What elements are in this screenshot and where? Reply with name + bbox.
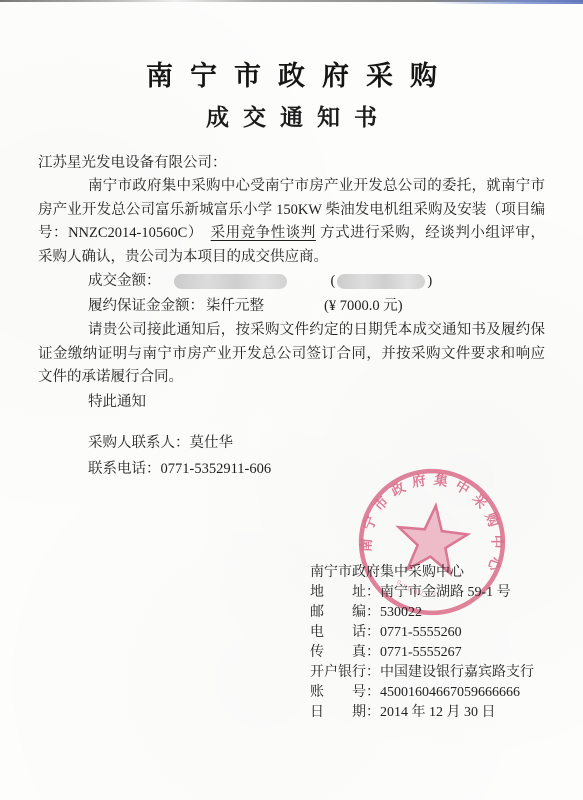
footer-row-date: 日 期：2014 年 12 月 30 日 [310,703,534,723]
deposit-row: 履约保证金金额： 柒仟元整 (¥ 7000.0 元) [38,294,545,319]
footer-row-fax: 传 真：0771-5555267 [310,643,534,663]
issuer-footer-block: 南宁市政府集中采购中心 地 址：南宁市金湖路 59-1 号 邮 编：530022… [310,563,534,723]
scanned-document-page: 南宁市政府采购 成交通知书 江苏星光发电设备有限公司： 南宁市政府集中采购中心受… [0,0,583,800]
footer-label: 地 址： [310,585,380,600]
document-subtitle: 成交通知书 [0,99,583,132]
procurement-method-underlined: 采用竞争性谈判 [211,225,316,241]
issuer-org-name: 南宁市政府集中采购中心 [310,563,534,583]
footer-value: 0771-5555260 [380,625,462,640]
footer-label: 开户银行： [310,665,380,680]
footer-label: 传 真： [310,645,380,660]
redacted-amount-words [337,274,425,289]
footer-row-zip: 邮 编：530022 [310,603,534,623]
footer-label: 日 期： [310,705,380,720]
document-body: 江苏星光发电设备有限公司： 南宁市政府集中采购中心受南宁市房产业开发总公司的委托… [38,151,545,482]
transaction-amount-row: 成交金额： ( ) [38,269,545,294]
deposit-label: 履约保证金金额： [88,295,204,319]
deposit-value: 柒仟元整 [206,295,264,319]
transaction-amount-label: 成交金额： [88,270,161,294]
footer-label: 账 号： [310,685,380,700]
redacted-amount-figure [174,274,287,289]
notice-hereby-line: 特此通知 [38,391,545,415]
paragraph-commission: 南宁市政府集中采购中心受南宁市房产业开发总公司的委托，就南宁市房产业开发总公司富… [38,175,545,269]
footer-label: 邮 编： [310,605,380,620]
paren-close: ) [427,270,432,294]
paragraph-contract-terms: 请贵公司接此通知后，按采购文件约定的日期凭本成交通知书及履约保证金缴纳证明与南宁… [38,319,545,390]
footer-row-address: 地 址：南宁市金湖路 59-1 号 [310,583,534,603]
footer-value: 中国建设银行嘉宾路支行 [380,665,534,680]
scan-artifact-blue-smudge [433,0,583,4]
footer-row-bank: 开户银行：中国建设银行嘉宾路支行 [310,663,534,683]
footer-value: 0771-5555267 [380,645,462,660]
deposit-numeric: (¥ 7000.0 元) [324,295,403,319]
footer-row-account: 账 号：45001604667059666666 [310,683,534,703]
addressee-line: 江苏星光发电设备有限公司： [38,151,545,175]
footer-value: 2014 年 12 月 30 日 [380,705,496,720]
footer-label: 电 话： [310,625,380,640]
footer-value: 530022 [380,605,422,620]
footer-value: 南宁市金湖路 59-1 号 [380,585,511,600]
paren-open: ( [331,270,336,294]
contact-person-line: 采购人联系人：莫仕华 [88,430,545,456]
document-title: 南宁市政府采购 [0,54,583,93]
footer-value: 45001604667059666666 [380,685,520,700]
footer-row-phone: 电 话：0771-5555260 [310,623,534,643]
